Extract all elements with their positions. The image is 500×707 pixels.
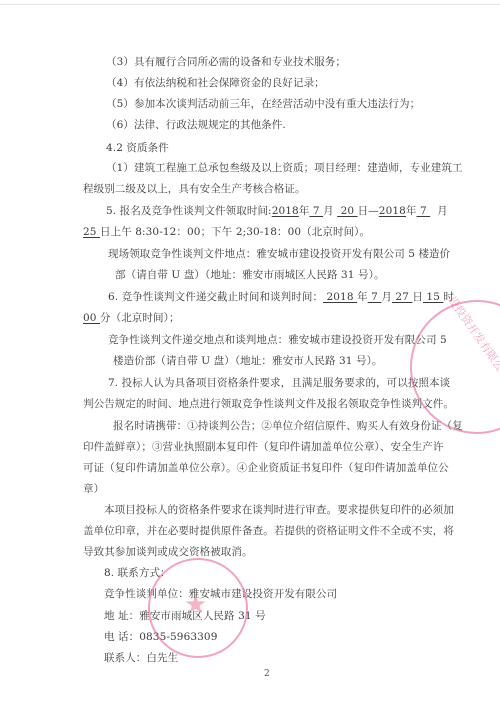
month-unit: 月 <box>323 205 334 217</box>
review-line-3: 导致其参加谈判或成交资格被取消。 <box>83 545 253 559</box>
bring-items-line-3: 可证（复印件请加盖单位公章）。④企业资质证书复印件（复印件请加盖单位公 <box>83 461 449 475</box>
start-month: 7 <box>309 205 323 217</box>
review-line-1: 本项目投标人的资格条件要求在谈判时进行审查。要求提供复印件的必须加 <box>104 503 454 517</box>
deadline-line-2: 00 分（北京时间）； <box>83 311 180 325</box>
start-year: 2018 <box>272 205 299 217</box>
section-7-line-1: 7. 投标人认为具备项目资格条件要求，且满足服务要求的，可以按照本谈 <box>108 376 450 390</box>
end-day: 25 <box>83 226 100 238</box>
start-day: 20 <box>337 205 357 217</box>
day-separator: 日— <box>358 205 379 217</box>
end-year: 2018 <box>379 205 406 217</box>
end-month: 7 <box>417 205 431 217</box>
submission-location-line-2: 楼造价部（请自带 U 盘）（地址：雅安市人民路 31 号）。 <box>113 354 383 368</box>
month-unit-2: 月 <box>437 205 448 217</box>
deadline-month: 7 <box>368 291 382 303</box>
qualification-item-1-line-2: 程级别二级及以上，具有安全生产考核合格证。 <box>83 182 306 196</box>
contact-person: 联系人：白先生 <box>104 651 178 665</box>
deadline-day-unit: 日 <box>412 291 423 303</box>
pickup-location-line-1: 现场领取竞争性谈判文件地点：雅安城市建设投资开发有限公司 5 楼造价 <box>108 247 450 261</box>
submission-location-line-1: 竞争性谈判文件递交地点和谈判地点：雅安城市建设投资开发有限公司 5 <box>108 333 447 347</box>
year-unit: 年 <box>299 205 310 217</box>
registration-time-label: 5. 报名及竞争性谈判文件领取时间: <box>106 205 272 217</box>
bring-items-line-1: 报名时请携带：①持谈判公告；②单位介绍信原件、购买人有效身份证（复 <box>113 419 463 433</box>
condition-item-6: （6）法律、行政法规规定的其他条件. <box>106 118 286 132</box>
deadline-day: 27 <box>392 291 412 303</box>
review-line-2: 盖单位印章，并在必要时提供原件备查。若提供的资格证明文件不全或不实，将 <box>83 524 454 538</box>
pickup-location-line-2: 部（请自带 U 盘）（地址：雅安市雨城区人民路 31 号）。 <box>115 268 385 282</box>
registration-time-line-1: 5. 报名及竞争性谈判文件领取时间:2018年 7 月 20 日—2018年 7… <box>106 204 448 218</box>
deadline-year: 2018 <box>323 291 357 303</box>
condition-item-4: （4）有依法纳税和社会保障资金的良好记录； <box>106 76 325 90</box>
condition-item-5: （5）参加本次谈判活动前三年，在经营活动中没有重大违法行为； <box>106 97 420 111</box>
condition-item-3: （3）具有履行合同所必需的设备和专业技术服务； <box>106 55 346 69</box>
registration-time-line-2: 25 日上午 8:30-12：00；下午 2;30-18：00（北京时间）。 <box>83 225 370 239</box>
section-7-line-2: 判公告规定的时间、地点进行领取竞争性谈判文件及报名领取竞争性谈判文件。 <box>83 397 454 411</box>
bring-items-line-2: 印件盖鲜章）；③营业执照副本复印件（复印件请加盖单位公章）、安全生产许 <box>83 440 444 454</box>
page-number: 2 <box>264 669 270 679</box>
deadline-line-1: 6. 竞争性谈判文件递交截止时间和谈判时间： 2018 年 7 月 27 日 1… <box>108 290 454 304</box>
qualification-heading: 4.2 资质条件 <box>106 141 169 155</box>
bring-items-line-4: 章） <box>83 482 104 496</box>
deadline-year-unit: 年 <box>357 291 368 303</box>
deadline-label: 6. 竞争性谈判文件递交截止时间和谈判时间： <box>108 291 323 303</box>
company-seal-bottom: ★ <box>148 558 248 658</box>
qualification-item-1-line-1: （1）建筑工程施工总承包叁级及以上资质；项目经理：建造师，专业建筑工 <box>106 161 463 175</box>
seal-text: 设投资开发有限公司 <box>445 293 500 383</box>
scan-edge <box>0 4 500 5</box>
registration-hours: 日上午 8:30-12：00；下午 2;30-18：00（北京时间）。 <box>100 226 370 238</box>
year-unit-2: 年 <box>406 205 417 217</box>
deadline-month-unit: 月 <box>381 291 392 303</box>
seal-star-icon: ★ <box>184 590 207 620</box>
deadline-minute-suffix: 分（北京时间）； <box>100 312 180 324</box>
company-seal-right: 设投资开发有限公司 <box>410 300 500 434</box>
deadline-minute: 00 <box>83 312 100 324</box>
deadline-hour: 15 <box>423 291 443 303</box>
